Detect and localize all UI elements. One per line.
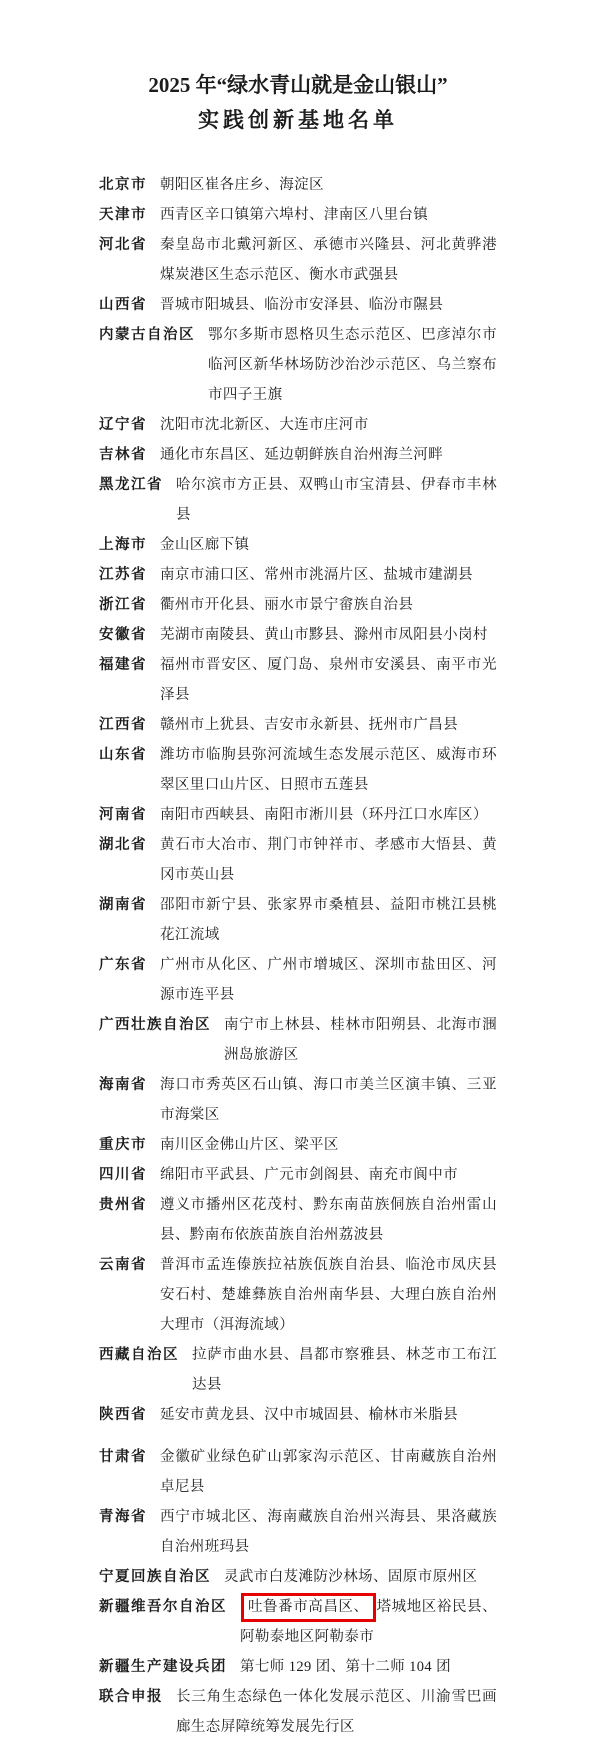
list-item: 内蒙古自治区鄂尔多斯市恩格贝生态示范区、巴彦淖尔市临河区新华林场防沙治沙示范区、… bbox=[99, 320, 497, 410]
list-item: 贵州省遵义市播州区花茂村、黔东南苗族侗族自治州雷山县、黔南布依族苗族自治州荔波县 bbox=[99, 1190, 497, 1250]
list-item: 新疆维吾尔自治区吐鲁番市高昌区、塔城地区裕民县、阿勒泰地区阿勒泰市 bbox=[99, 1592, 497, 1652]
province-label: 河南省 bbox=[99, 800, 147, 830]
province-locations: 晋城市阳城县、临汾市安泽县、临汾市隰县 bbox=[160, 290, 497, 320]
list-item: 西藏自治区拉萨市曲水县、昌都市察雅县、林芝市工布江达县 bbox=[99, 1340, 497, 1400]
province-label: 联合申报 bbox=[99, 1682, 163, 1712]
list-item: 河南省南阳市西峡县、南阳市淅川县（环丹江口水库区） bbox=[99, 800, 497, 830]
list-item: 上海市金山区廊下镇 bbox=[99, 530, 497, 560]
list-item: 福建省福州市晋安区、厦门岛、泉州市安溪县、南平市光泽县 bbox=[99, 650, 497, 710]
list-item: 甘肃省金徽矿业绿色矿山郭家沟示范区、甘南藏族自治州卓尼县 bbox=[99, 1442, 497, 1502]
province-label: 贵州省 bbox=[99, 1190, 147, 1220]
province-locations: 遵义市播州区花茂村、黔东南苗族侗族自治州雷山县、黔南布依族苗族自治州荔波县 bbox=[160, 1190, 497, 1250]
province-locations: 芜湖市南陵县、黄山市黟县、滁州市凤阳县小岗村 bbox=[160, 620, 497, 650]
list-item: 云南省普洱市孟连傣族拉祜族佤族自治县、临沧市凤庆县安石村、楚雄彝族自治州南华县、… bbox=[99, 1250, 497, 1340]
list-item: 河北省秦皇岛市北戴河新区、承德市兴隆县、河北黄骅港煤炭港区生态示范区、衡水市武强… bbox=[99, 230, 497, 290]
province-label: 天津市 bbox=[99, 200, 147, 230]
province-label: 西藏自治区 bbox=[99, 1340, 179, 1370]
list-item: 山东省潍坊市临朐县弥河流域生态发展示范区、威海市环翠区里口山片区、日照市五莲县 bbox=[99, 740, 497, 800]
province-label: 宁夏回族自治区 bbox=[99, 1562, 211, 1592]
province-label: 江西省 bbox=[99, 710, 147, 740]
province-label: 甘肃省 bbox=[99, 1442, 147, 1472]
list-item: 陕西省延安市黄龙县、汉中市城固县、榆林市米脂县 bbox=[99, 1400, 497, 1430]
list-item: 宁夏回族自治区灵武市白芨滩防沙林场、固原市原州区 bbox=[99, 1562, 497, 1592]
highlight-box: 吐鲁番市高昌区、 bbox=[241, 1593, 376, 1622]
province-label: 浙江省 bbox=[99, 590, 147, 620]
province-locations: 福州市晋安区、厦门岛、泉州市安溪县、南平市光泽县 bbox=[160, 650, 497, 710]
province-label: 北京市 bbox=[99, 170, 147, 200]
list-item: 重庆市南川区金佛山片区、梁平区 bbox=[99, 1130, 497, 1160]
province-locations: 长三角生态绿色一体化发展示范区、川渝雪巴画廊生态屏障统筹发展先行区 bbox=[176, 1682, 497, 1737]
list-item: 广东省广州市从化区、广州市增城区、深圳市盐田区、河源市连平县 bbox=[99, 950, 497, 1010]
base-list: 北京市朝阳区崔各庄乡、海淀区天津市西青区辛口镇第六埠村、津南区八里台镇河北省秦皇… bbox=[99, 170, 497, 1737]
province-locations: 延安市黄龙县、汉中市城固县、榆林市米脂县 bbox=[160, 1400, 497, 1430]
province-locations: 绵阳市平武县、广元市剑阁县、南充市阆中市 bbox=[160, 1160, 497, 1190]
province-locations: 拉萨市曲水县、昌都市察雅县、林芝市工布江达县 bbox=[192, 1340, 497, 1400]
document-page: 2025 年“绿水青山就是金山银山” 实践创新基地名单 北京市朝阳区崔各庄乡、海… bbox=[0, 0, 591, 1737]
document-title-line1: 2025 年“绿水青山就是金山银山” bbox=[99, 68, 497, 103]
province-label: 新疆维吾尔自治区 bbox=[99, 1592, 227, 1622]
list-item: 天津市西青区辛口镇第六埠村、津南区八里台镇 bbox=[99, 200, 497, 230]
list-item: 黑龙江省哈尔滨市方正县、双鸭山市宝清县、伊春市丰林县 bbox=[99, 470, 497, 530]
list-item: 海南省海口市秀英区石山镇、海口市美兰区演丰镇、三亚市海棠区 bbox=[99, 1070, 497, 1130]
province-label: 吉林省 bbox=[99, 440, 147, 470]
list-item: 北京市朝阳区崔各庄乡、海淀区 bbox=[99, 170, 497, 200]
list-item: 辽宁省沈阳市沈北新区、大连市庄河市 bbox=[99, 410, 497, 440]
list-item: 浙江省衢州市开化县、丽水市景宁畲族自治县 bbox=[99, 590, 497, 620]
province-label: 安徽省 bbox=[99, 620, 147, 650]
list-item: 湖北省黄石市大冶市、荆门市钟祥市、孝感市大悟县、黄冈市英山县 bbox=[99, 830, 497, 890]
province-label: 内蒙古自治区 bbox=[99, 320, 195, 350]
list-item: 江苏省南京市浦口区、常州市洮滆片区、盐城市建湖县 bbox=[99, 560, 497, 590]
list-item: 联合申报长三角生态绿色一体化发展示范区、川渝雪巴画廊生态屏障统筹发展先行区 bbox=[99, 1682, 497, 1737]
province-locations: 海口市秀英区石山镇、海口市美兰区演丰镇、三亚市海棠区 bbox=[160, 1070, 497, 1130]
province-locations: 秦皇岛市北戴河新区、承德市兴隆县、河北黄骅港煤炭港区生态示范区、衡水市武强县 bbox=[160, 230, 497, 290]
province-locations: 南京市浦口区、常州市洮滆片区、盐城市建湖县 bbox=[160, 560, 497, 590]
list-item: 江西省赣州市上犹县、吉安市永新县、抚州市广昌县 bbox=[99, 710, 497, 740]
province-locations: 衢州市开化县、丽水市景宁畲族自治县 bbox=[160, 590, 497, 620]
province-label: 黑龙江省 bbox=[99, 470, 163, 500]
province-label: 河北省 bbox=[99, 230, 147, 260]
province-locations: 通化市东昌区、延边朝鲜族自治州海兰河畔 bbox=[160, 440, 497, 470]
province-locations: 南阳市西峡县、南阳市淅川县（环丹江口水库区） bbox=[160, 800, 497, 830]
document-title-line2: 实践创新基地名单 bbox=[99, 103, 497, 138]
province-label: 青海省 bbox=[99, 1502, 147, 1532]
province-locations: 南宁市上林县、桂林市阳朔县、北海市涠洲岛旅游区 bbox=[224, 1010, 497, 1070]
province-locations: 赣州市上犹县、吉安市永新县、抚州市广昌县 bbox=[160, 710, 497, 740]
province-locations: 西青区辛口镇第六埠村、津南区八里台镇 bbox=[160, 200, 497, 230]
province-label: 福建省 bbox=[99, 650, 147, 680]
province-locations: 潍坊市临朐县弥河流域生态发展示范区、威海市环翠区里口山片区、日照市五莲县 bbox=[160, 740, 497, 800]
province-locations: 南川区金佛山片区、梁平区 bbox=[160, 1130, 497, 1160]
province-locations: 金徽矿业绿色矿山郭家沟示范区、甘南藏族自治州卓尼县 bbox=[160, 1442, 497, 1502]
province-label: 重庆市 bbox=[99, 1130, 147, 1160]
province-locations: 广州市从化区、广州市增城区、深圳市盐田区、河源市连平县 bbox=[160, 950, 497, 1010]
province-locations: 灵武市白芨滩防沙林场、固原市原州区 bbox=[224, 1562, 497, 1592]
province-label: 江苏省 bbox=[99, 560, 147, 590]
province-locations: 第七师 129 团、第十二师 104 团 bbox=[240, 1652, 497, 1682]
province-label: 辽宁省 bbox=[99, 410, 147, 440]
province-locations: 邵阳市新宁县、张家界市桑植县、益阳市桃江县桃花江流域 bbox=[160, 890, 497, 950]
province-label: 上海市 bbox=[99, 530, 147, 560]
list-item: 广西壮族自治区南宁市上林县、桂林市阳朔县、北海市涠洲岛旅游区 bbox=[99, 1010, 497, 1070]
list-item: 安徽省芜湖市南陵县、黄山市黟县、滁州市凤阳县小岗村 bbox=[99, 620, 497, 650]
province-locations: 哈尔滨市方正县、双鸭山市宝清县、伊春市丰林县 bbox=[176, 470, 497, 530]
province-label: 广东省 bbox=[99, 950, 147, 980]
list-item: 新疆生产建设兵团第七师 129 团、第十二师 104 团 bbox=[99, 1652, 497, 1682]
province-locations: 普洱市孟连傣族拉祜族佤族自治县、临沧市凤庆县安石村、楚雄彝族自治州南华县、大理白… bbox=[160, 1250, 497, 1340]
list-item: 吉林省通化市东昌区、延边朝鲜族自治州海兰河畔 bbox=[99, 440, 497, 470]
list-item: 山西省晋城市阳城县、临汾市安泽县、临汾市隰县 bbox=[99, 290, 497, 320]
province-locations: 鄂尔多斯市恩格贝生态示范区、巴彦淖尔市临河区新华林场防沙治沙示范区、乌兰察布市四… bbox=[208, 320, 497, 410]
province-locations: 吐鲁番市高昌区、塔城地区裕民县、阿勒泰地区阿勒泰市 bbox=[240, 1592, 497, 1652]
province-label: 湖北省 bbox=[99, 830, 147, 860]
province-label: 新疆生产建设兵团 bbox=[99, 1652, 227, 1682]
province-locations: 金山区廊下镇 bbox=[160, 530, 497, 560]
province-locations: 沈阳市沈北新区、大连市庄河市 bbox=[160, 410, 497, 440]
province-label: 四川省 bbox=[99, 1160, 147, 1190]
province-locations: 黄石市大冶市、荆门市钟祥市、孝感市大悟县、黄冈市英山县 bbox=[160, 830, 497, 890]
document-title: 2025 年“绿水青山就是金山银山” 实践创新基地名单 bbox=[99, 68, 497, 138]
province-label: 海南省 bbox=[99, 1070, 147, 1100]
list-item: 青海省西宁市城北区、海南藏族自治州兴海县、果洛藏族自治州班玛县 bbox=[99, 1502, 497, 1562]
province-label: 云南省 bbox=[99, 1250, 147, 1280]
list-item: 湖南省邵阳市新宁县、张家界市桑植县、益阳市桃江县桃花江流域 bbox=[99, 890, 497, 950]
list-item: 四川省绵阳市平武县、广元市剑阁县、南充市阆中市 bbox=[99, 1160, 497, 1190]
province-label: 陕西省 bbox=[99, 1400, 147, 1430]
province-label: 广西壮族自治区 bbox=[99, 1010, 211, 1040]
province-label: 湖南省 bbox=[99, 890, 147, 920]
province-label: 山西省 bbox=[99, 290, 147, 320]
province-locations: 朝阳区崔各庄乡、海淀区 bbox=[160, 170, 497, 200]
province-label: 山东省 bbox=[99, 740, 147, 770]
province-locations: 西宁市城北区、海南藏族自治州兴海县、果洛藏族自治州班玛县 bbox=[160, 1502, 497, 1562]
